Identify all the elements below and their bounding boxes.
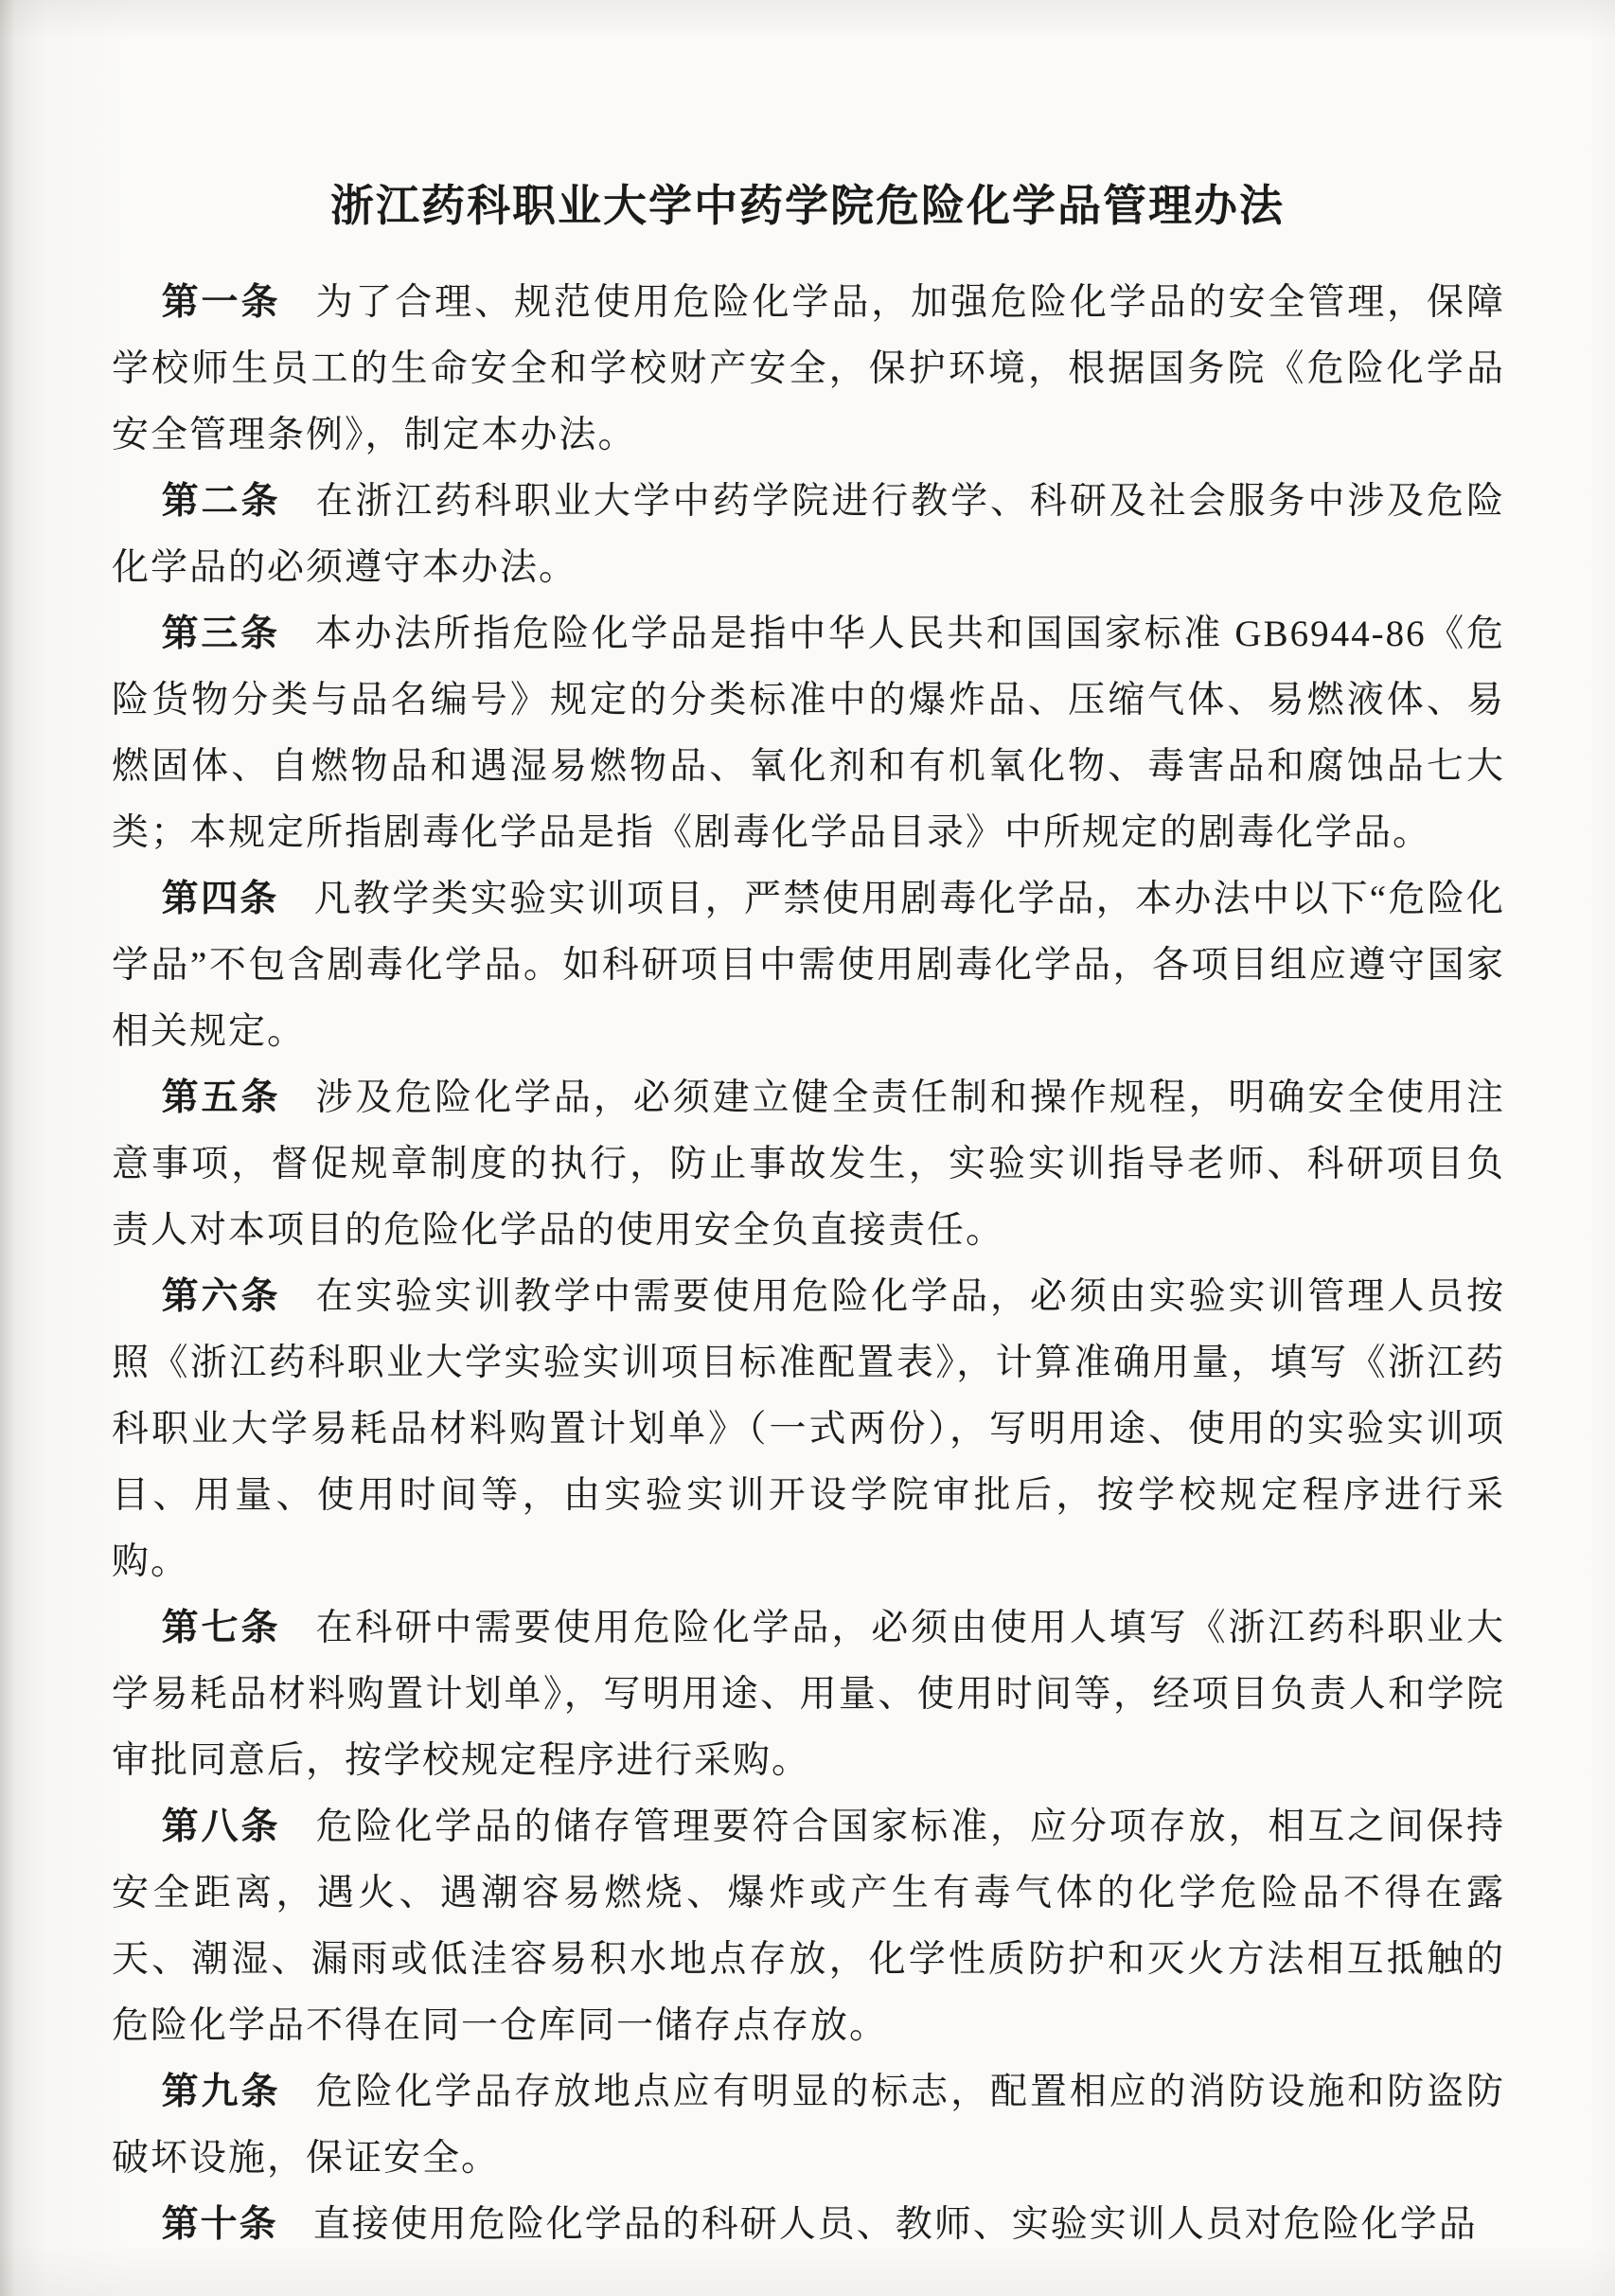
article-paragraph-1: 第一条为了合理、规范使用危险化学品，加强危险化学品的安全管理，保障学校师生员工的… [112, 270, 1505, 469]
article-text: 为了合理、规范使用危险化学品，加强危险化学品的安全管理，保障学校师生员工的生命安… [112, 282, 1505, 455]
article-paragraph-7: 第七条在科研中需要使用危险化学品，必须由使用人填写《浙江药科职业大学易耗品材料购… [112, 1595, 1505, 1794]
document-title: 浙江药科职业大学中药学院危险化学品管理办法 [114, 0, 1501, 235]
article-paragraph-6: 第六条在实验实训教学中需要使用危险化学品，必须由实验实训管理人员按照《浙江药科职… [112, 1264, 1505, 1595]
article-number: 第七条 [162, 1608, 281, 1648]
document-page: 浙江药科职业大学中药学院危险化学品管理办法 第一条为了合理、规范使用危险化学品，… [0, 0, 1615, 2296]
article-number: 第三条 [162, 614, 280, 654]
article-paragraph-9: 第九条危险化学品存放地点应有明显的标志，配置相应的消防设施和防盗防破坏设施，保证… [112, 2059, 1505, 2192]
article-paragraph-10: 第十条直接使用危险化学品的科研人员、教师、实验实训人员对危险化学品 [112, 2192, 1505, 2258]
article-number: 第十条 [162, 2204, 278, 2245]
article-text: 直接使用危险化学品的科研人员、教师、实验实训人员对危险化学品 [313, 2204, 1478, 2245]
article-text: 危险化学品存放地点应有明显的标志，配置相应的消防设施和防盗防破坏设施，保证安全。 [112, 2072, 1505, 2179]
article-number: 第八条 [162, 1807, 281, 1847]
article-number: 第五条 [162, 1077, 281, 1118]
article-text: 本办法所指危险化学品是指中华人民共和国国家标准 GB6944-86《危险货物分类… [112, 614, 1505, 853]
article-number: 第二条 [162, 481, 281, 522]
article-paragraph-2: 第二条在浙江药科职业大学中药学院进行教学、科研及社会服务中涉及危险化学品的必须遵… [112, 469, 1505, 601]
article-text: 在浙江药科职业大学中药学院进行教学、科研及社会服务中涉及危险化学品的必须遵守本办… [112, 481, 1505, 588]
article-paragraph-5: 第五条涉及危险化学品，必须建立健全责任制和操作规程，明确安全使用注意事项，督促规… [112, 1065, 1505, 1264]
article-number: 第一条 [162, 282, 281, 323]
article-paragraph-8: 第八条危险化学品的储存管理要符合国家标准，应分项存放，相互之间保持安全距离，遇火… [112, 1794, 1505, 2059]
article-number: 第九条 [162, 2072, 281, 2112]
article-text: 在实验实训教学中需要使用危险化学品，必须由实验实训管理人员按照《浙江药科职业大学… [112, 1276, 1505, 1582]
article-text: 危险化学品的储存管理要符合国家标准，应分项存放，相互之间保持安全距离，遇火、遇潮… [112, 1807, 1505, 2046]
article-paragraph-4: 第四条凡教学类实验实训项目，严禁使用剧毒化学品，本办法中以下“危险化学品”不包含… [112, 866, 1505, 1065]
article-number: 第四条 [162, 879, 279, 919]
document-body: 第一条为了合理、规范使用危险化学品，加强危险化学品的安全管理，保障学校师生员工的… [112, 270, 1505, 2258]
article-text: 在科研中需要使用危险化学品，必须由使用人填写《浙江药科职业大学易耗品材料购置计划… [112, 1608, 1505, 1781]
article-paragraph-3: 第三条本办法所指危险化学品是指中华人民共和国国家标准 GB6944-86《危险货… [112, 601, 1505, 866]
article-number: 第六条 [162, 1276, 281, 1317]
article-text: 涉及危险化学品，必须建立健全责任制和操作规程，明确安全使用注意事项，督促规章制度… [112, 1077, 1505, 1251]
article-text: 凡教学类实验实训项目，严禁使用剧毒化学品，本办法中以下“危险化学品”不包含剧毒化… [112, 879, 1505, 1052]
